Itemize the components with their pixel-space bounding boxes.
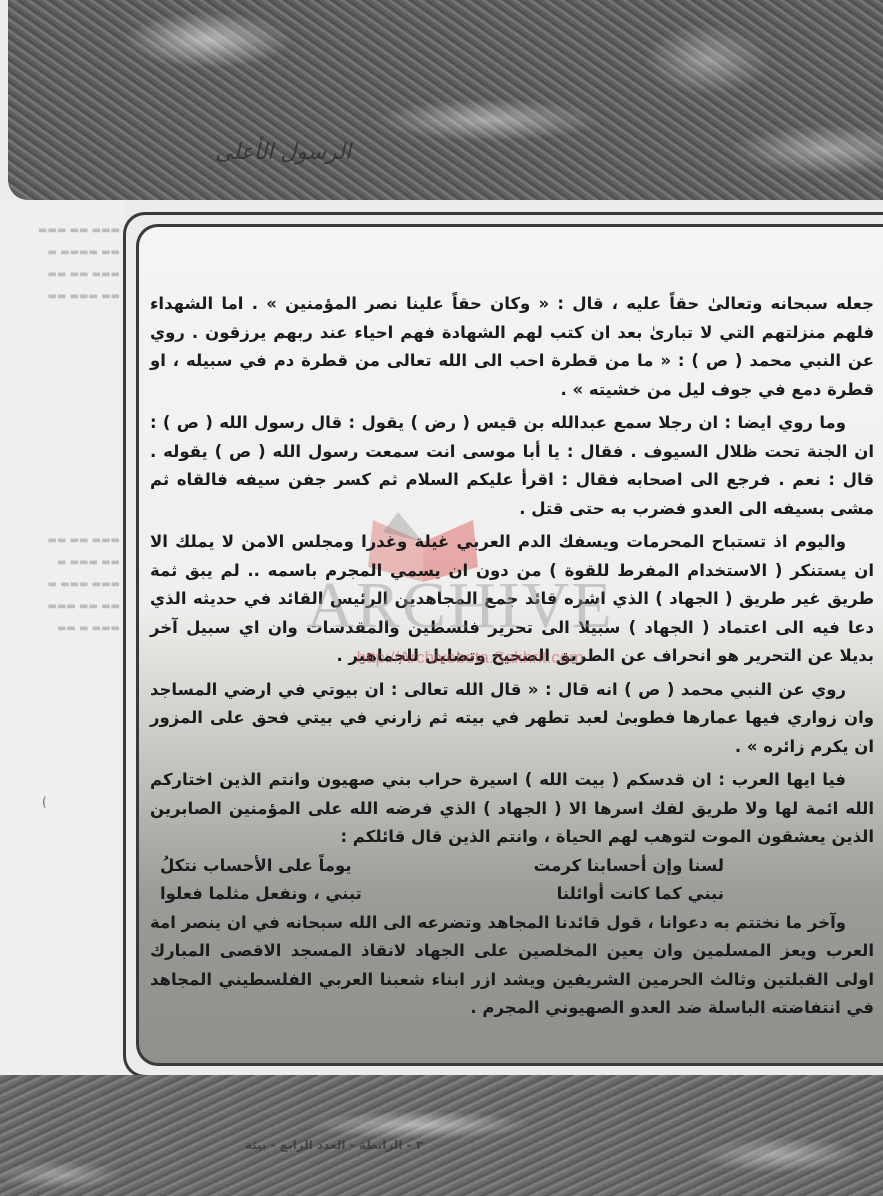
header-calligraphy-title: الرسول الأعلى (215, 140, 351, 165)
footer-caption: ٣ - الرابطة - العدد الرابع - بيئة (245, 1138, 423, 1152)
watermark-url: http://Archivebeta.Sakhrit.com (300, 648, 640, 668)
poem-hemistich-right: نبني كما كانت أوائلنا (557, 880, 724, 909)
header-crumpled-texture (8, 0, 883, 200)
margin-mark: ( (42, 795, 47, 809)
poem-hemistich-left: تبني ، ونفعل مثلما فعلوا (160, 880, 362, 909)
footer-crumpled-texture (0, 1075, 883, 1196)
poem-verse: نبني كما كانت أوائلنا تبني ، ونفعل مثلما… (150, 880, 874, 909)
article-paragraph: جعله سبحانه وتعالىٰ حقاً عليه ، قال : « … (150, 290, 874, 404)
bleed-through-column: ▬▬▬ ▬▬ ▬▬▬▬▬ ▬▬▬▬ ▬▬▬▬ ▬▬ ▬▬▬▬ ▬▬▬ ▬▬ ▬▬… (0, 200, 125, 1100)
poem-hemistich-left: يوماً على الأحساب نتكلُ (160, 852, 352, 881)
poem-hemistich-right: لسنا وإن أحسابنا كرمت (534, 852, 724, 881)
ghost-text: ▬▬▬ ▬▬ ▬▬▬▬ ▬▬▬ ▬▬▬▬ ▬▬▬ ▬▬▬ ▬▬ ▬▬▬▬▬▬ ▬… (10, 530, 120, 640)
watermark-archive-text: ARCHIVE (280, 568, 640, 644)
ghost-text: ▬▬▬ ▬▬ ▬▬▬▬▬ ▬▬▬▬ ▬▬▬▬ ▬▬ ▬▬▬▬ ▬▬▬ ▬▬ (10, 220, 120, 308)
article-paragraph: فيا ايها العرب : ان قدسكم ( بيت الله ) ا… (150, 766, 874, 852)
poem-verse: لسنا وإن أحسابنا كرمت يوماً على الأحساب … (150, 852, 874, 881)
article-closing-paragraph: وآخر ما نختتم به دعوانا ، قول قائدنا الم… (150, 909, 874, 1023)
article-paragraph: روي عن النبي محمد ( ص ) انه قال : « قال … (150, 676, 874, 762)
article-paragraph: وما روي ايضا : ان رجلا سمع عبدالله بن قي… (150, 409, 874, 523)
